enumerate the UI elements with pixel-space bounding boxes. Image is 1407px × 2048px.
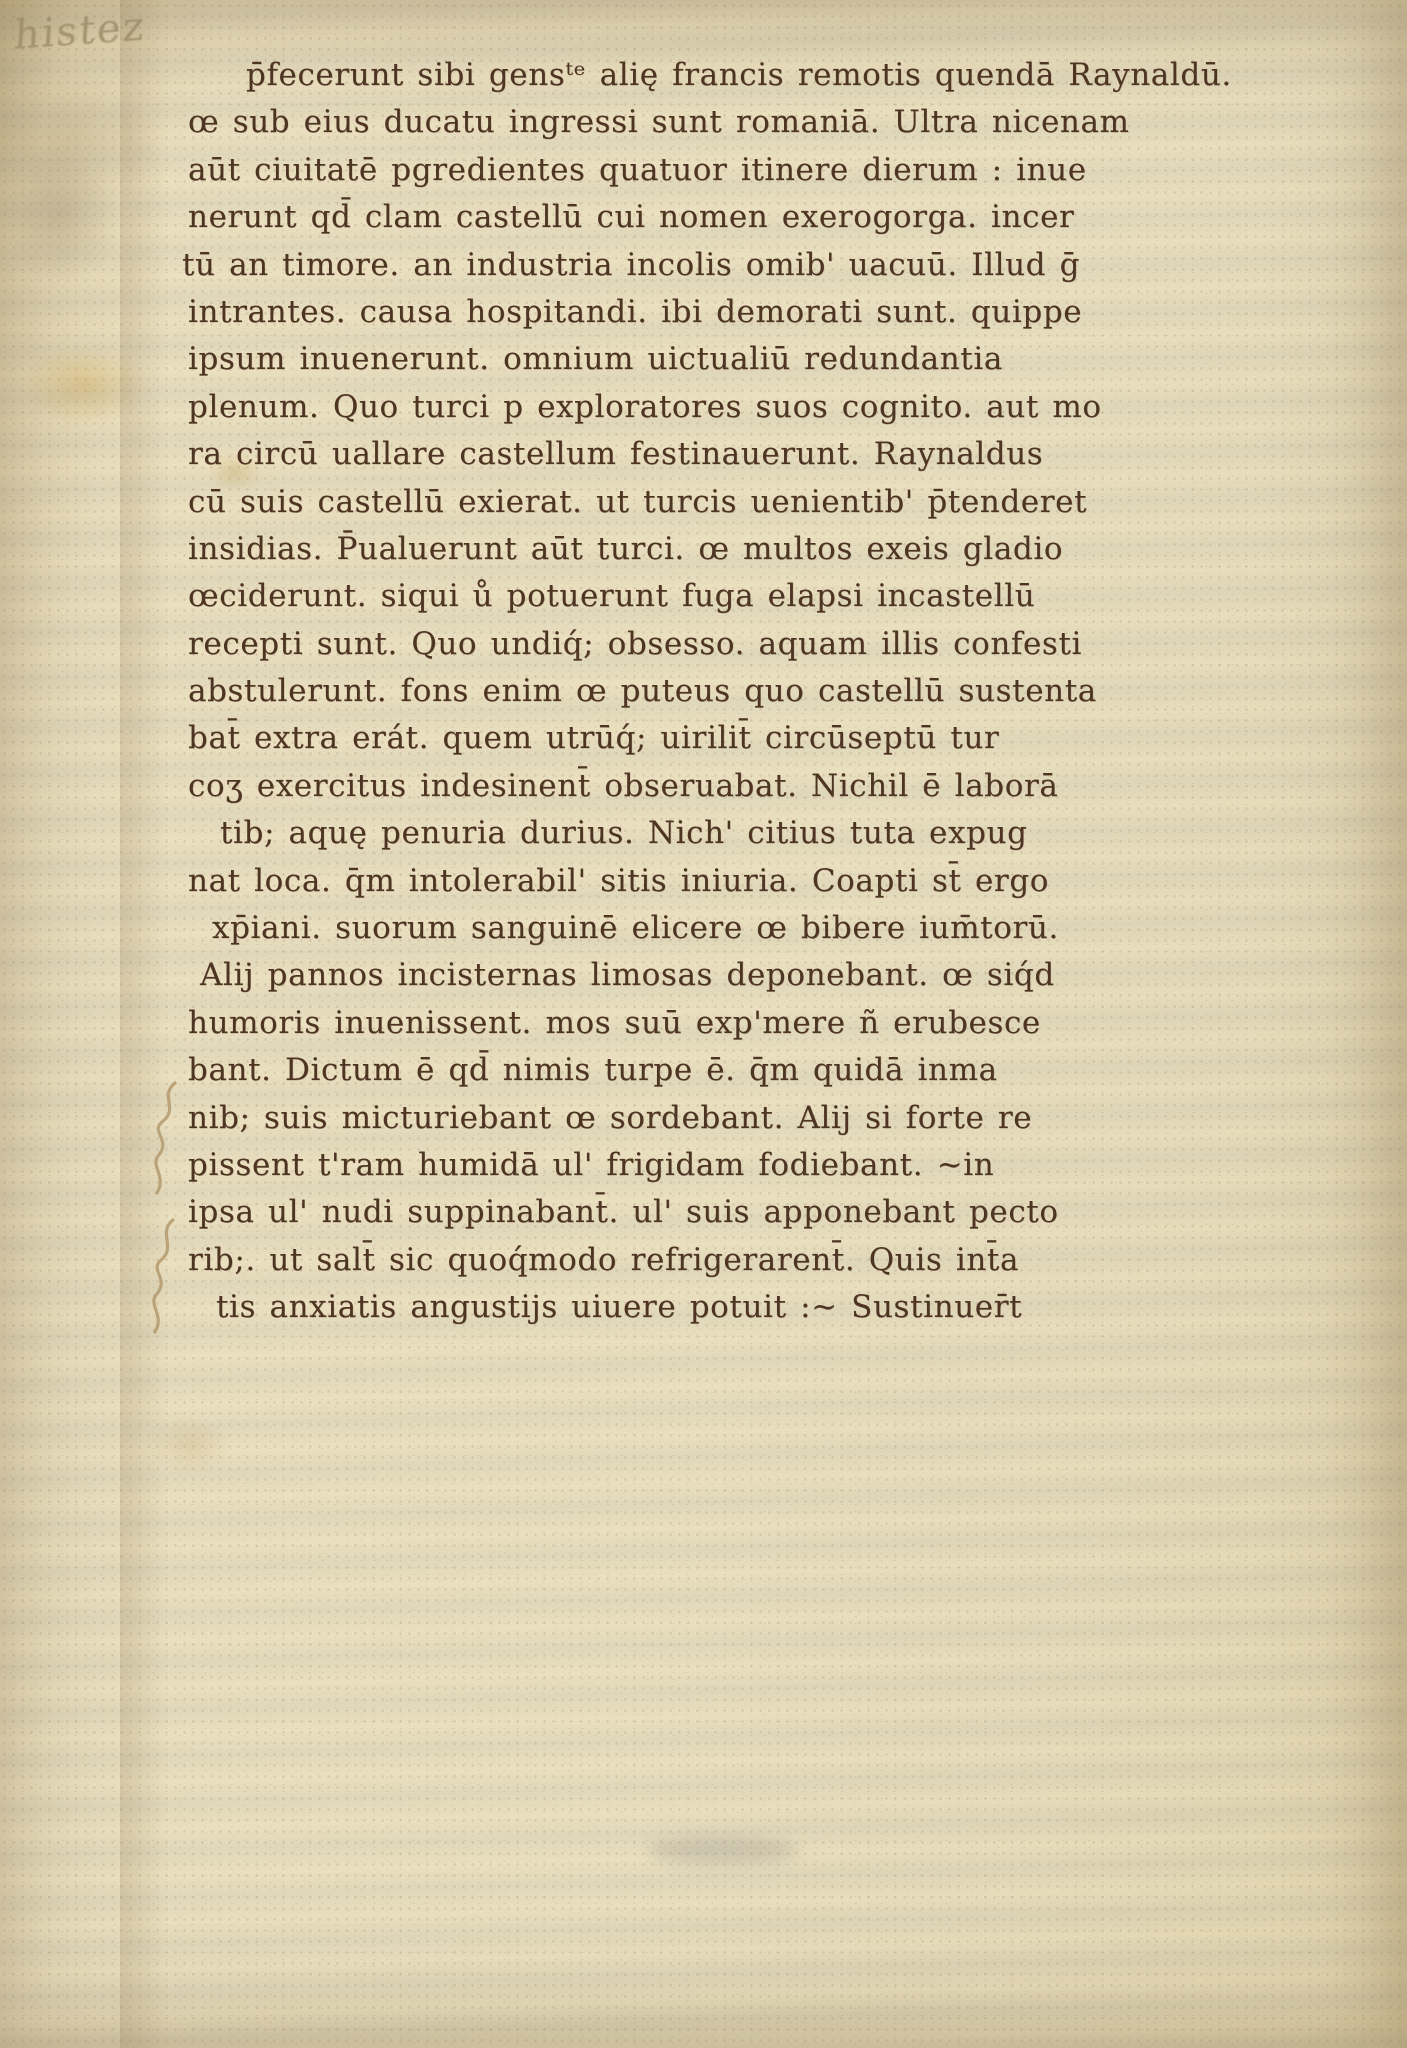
manuscript-line: p̄fecerunt sibi gensᵗᵉ alię francis remo… — [246, 52, 1038, 99]
manuscript-line: nib; suis micturiebant œ sordebant. Alij… — [188, 1095, 1038, 1142]
manuscript-line: ipsum inuenerunt. omnium uictualiū redun… — [188, 336, 1038, 383]
manuscript-line: tis anxiatis angustijs uiuere potuit :~ … — [216, 1284, 1038, 1331]
manuscript-line: xp̄iani. suorum sanguinē elicere œ biber… — [212, 905, 1038, 952]
corner-smudge — [0, 150, 120, 280]
manuscript-line: tib; aquę penuria durius. Nich' citius t… — [220, 810, 1038, 857]
manuscript-line: bant. Dictum ē qd̄ nimis turpe ē. q̄m qu… — [188, 1047, 1038, 1094]
manuscript-line: aūt ciuitatē pgredientes quatuor itinere… — [188, 147, 1038, 194]
manuscript-page: histez p̄fecerunt sibi gensᵗᵉ alię franc… — [0, 0, 1407, 2048]
manuscript-line: abstulerunt. fons enim œ puteus quo cast… — [188, 668, 1038, 715]
manuscript-line: ipsa ul' nudi suppinabant̄. ul' suis app… — [188, 1189, 1038, 1236]
manuscript-line: Alij pannos incisternas limosas deponeba… — [200, 952, 1038, 999]
manuscript-line: nat loca. q̄m intolerabil' sitis iniuria… — [188, 858, 1038, 905]
manuscript-line: plenum. Quo turci p exploratores suos co… — [188, 384, 1038, 431]
manuscript-line: insidias. P̄ualuerunt aūt turci. œ multo… — [188, 526, 1038, 573]
manuscript-line: œ sub eius ducatu ingressi sunt romaniā.… — [188, 99, 1038, 146]
manuscript-line: ra circū uallare castellum festinauerunt… — [188, 431, 1038, 478]
manuscript-line: rib;. ut salt̄ sic quoq́modo refrigerare… — [188, 1237, 1038, 1284]
marginal-inscription: histez — [13, 3, 148, 59]
show-through-smudge — [648, 1838, 798, 1864]
manuscript-line: intrantes. causa hospitandi. ibi demorat… — [188, 289, 1038, 336]
manuscript-line: œciderunt. siqui ů potuerunt fuga elapsi… — [188, 573, 1038, 620]
manuscript-line: bat̄ extra erát. quem utrūq́; uirilit̄ c… — [188, 715, 1038, 762]
margin-squiggle-mark — [146, 1215, 186, 1335]
manuscript-line: pissent t'ram humidā ul' frigidam fodieb… — [188, 1142, 1038, 1189]
margin-squiggle-mark — [146, 1078, 186, 1198]
manuscript-line: cū suis castellū exierat. ut turcis ueni… — [188, 479, 1038, 526]
page-edge-shadow — [120, 0, 168, 2048]
manuscript-line: humoris inuenissent. mos suū exp'mere ñ … — [188, 1000, 1038, 1047]
manuscript-line: nerunt qd̄ clam castellū cui nomen exero… — [188, 194, 1038, 241]
manuscript-line: recepti sunt. Quo undiq́; obsesso. aquam… — [188, 621, 1038, 668]
manuscript-text-block: p̄fecerunt sibi gensᵗᵉ alię francis remo… — [188, 52, 1038, 1332]
manuscript-line: tū an timore. an industria incolis omib'… — [182, 242, 1038, 289]
manuscript-line: coʒ exercitus indesinent̄ obseruabat. Ni… — [188, 763, 1038, 810]
